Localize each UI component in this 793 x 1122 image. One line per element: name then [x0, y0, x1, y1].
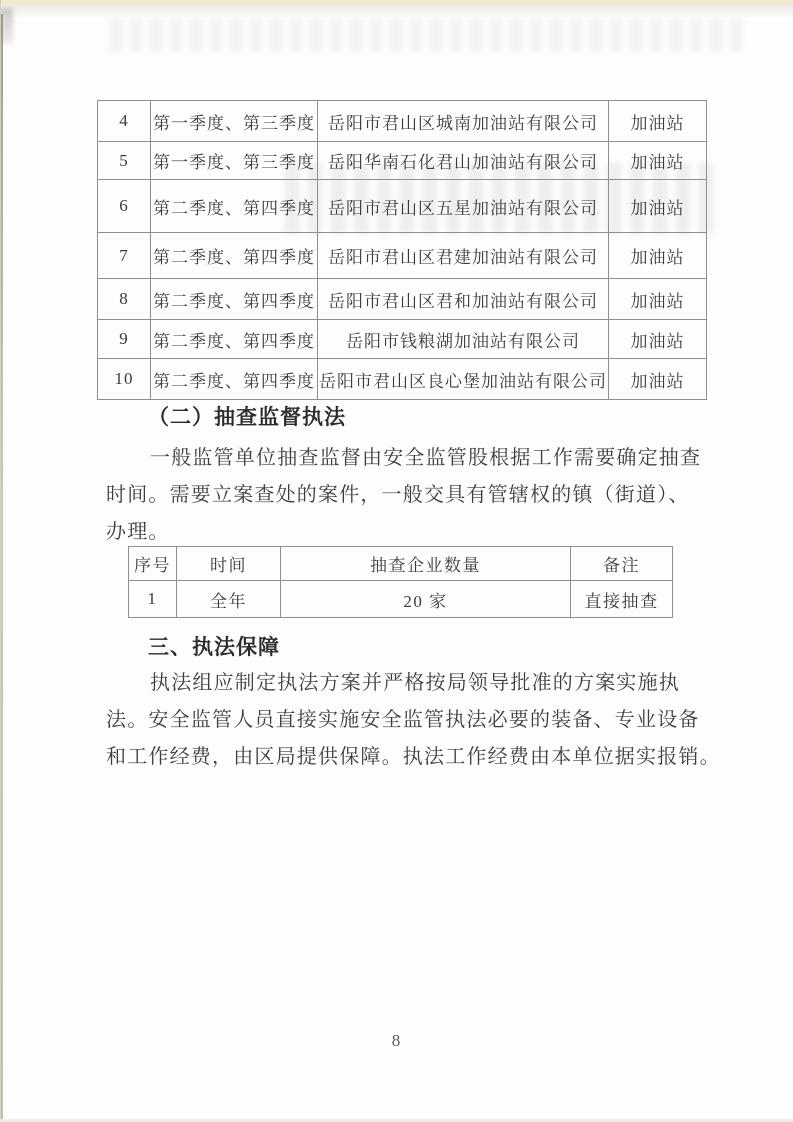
table-row: 4 第一季度、第三季度 岳阳市君山区城南加油站有限公司 加油站	[98, 101, 707, 142]
cell-type: 加油站	[609, 180, 707, 233]
cell-remark: 直接抽查	[571, 581, 673, 618]
cell-quarters: 第二季度、第四季度	[151, 180, 318, 233]
cell-type: 加油站	[609, 142, 707, 180]
cell-type: 加油站	[609, 233, 707, 279]
cell-seq: 1	[129, 581, 177, 618]
cell-quarters: 第二季度、第四季度	[151, 279, 318, 320]
paragraph-line: 法。安全监管人员直接实施安全监管执法必要的装备、专业设备	[106, 703, 746, 732]
section-heading-spot-check: （二）抽查监督执法	[148, 401, 346, 431]
cell-seq: 9	[98, 320, 151, 359]
table-row: 1 全年 20 家 直接抽查	[129, 581, 673, 618]
cell-company: 岳阳市君山区良心堡加油站有限公司	[318, 359, 609, 400]
table-row: 6 第二季度、第四季度 岳阳市君山区五星加油站有限公司 加油站	[98, 180, 707, 233]
section-heading-enforcement-support: 三、执法保障	[148, 631, 280, 661]
cell-seq: 7	[98, 233, 151, 279]
enterprise-inspection-table: 4 第一季度、第三季度 岳阳市君山区城南加油站有限公司 加油站 5 第一季度、第…	[97, 100, 707, 400]
cell-company: 岳阳市钱粮湖加油站有限公司	[318, 320, 609, 359]
cell-company: 岳阳市君山区五星加油站有限公司	[318, 180, 609, 233]
cell-type: 加油站	[609, 101, 707, 142]
cell-type: 加油站	[609, 359, 707, 400]
cell-seq: 4	[98, 101, 151, 142]
paragraph-line: 一般监管单位抽查监督由安全监管股根据工作需要确定抽查	[106, 441, 790, 470]
cell-company: 岳阳市君山区君和加油站有限公司	[318, 279, 609, 320]
table-row: 8 第二季度、第四季度 岳阳市君山区君和加油站有限公司 加油站	[98, 279, 707, 320]
cell-company: 岳阳市君山区城南加油站有限公司	[318, 101, 609, 142]
header-count: 抽查企业数量	[281, 547, 571, 581]
cell-quarters: 第二季度、第四季度	[151, 359, 318, 400]
paragraph-line: 和工作经费，由区局提供保障。执法工作经费由本单位据实报销。	[106, 740, 746, 769]
table-header-row: 序号 时间 抽查企业数量 备注	[129, 547, 673, 581]
document-page: 4 第一季度、第三季度 岳阳市君山区城南加油站有限公司 加油站 5 第一季度、第…	[0, 0, 793, 1122]
cell-time: 全年	[177, 581, 281, 618]
cell-quarters: 第一季度、第三季度	[151, 142, 318, 180]
header-remark: 备注	[571, 547, 673, 581]
cell-quarters: 第一季度、第三季度	[151, 101, 318, 142]
header-seq: 序号	[129, 547, 177, 581]
cell-count: 20 家	[281, 581, 571, 618]
paragraph-line: 执法组应制定执法方案并严格按局领导批准的方案实施执	[106, 666, 790, 695]
ink-bleed-through-top	[110, 18, 750, 52]
paragraph-line: 时间。需要立案查处的案件，一般交具有管辖权的镇（街道）、	[106, 478, 746, 507]
spot-check-table: 序号 时间 抽查企业数量 备注 1 全年 20 家 直接抽查	[128, 546, 673, 618]
scan-left-line	[1, 14, 3, 1122]
cell-quarters: 第二季度、第四季度	[151, 320, 318, 359]
cell-seq: 6	[98, 180, 151, 233]
table-row: 10 第二季度、第四季度 岳阳市君山区良心堡加油站有限公司 加油站	[98, 359, 707, 400]
header-time: 时间	[177, 547, 281, 581]
cell-type: 加油站	[609, 279, 707, 320]
scan-top-shadow	[0, 5, 793, 17]
cell-seq: 5	[98, 142, 151, 180]
table-row: 7 第二季度、第四季度 岳阳市君山区君建加油站有限公司 加油站	[98, 233, 707, 279]
cell-quarters: 第二季度、第四季度	[151, 233, 318, 279]
cell-type: 加油站	[609, 320, 707, 359]
cell-company: 岳阳华南石化君山加油站有限公司	[318, 142, 609, 180]
page-number: 8	[0, 1031, 793, 1051]
table-row: 9 第二季度、第四季度 岳阳市钱粮湖加油站有限公司 加油站	[98, 320, 707, 359]
paragraph-line: 办理。	[106, 515, 746, 544]
table-row: 5 第一季度、第三季度 岳阳华南石化君山加油站有限公司 加油站	[98, 142, 707, 180]
cell-seq: 10	[98, 359, 151, 400]
cell-company: 岳阳市君山区君建加油站有限公司	[318, 233, 609, 279]
cell-seq: 8	[98, 279, 151, 320]
